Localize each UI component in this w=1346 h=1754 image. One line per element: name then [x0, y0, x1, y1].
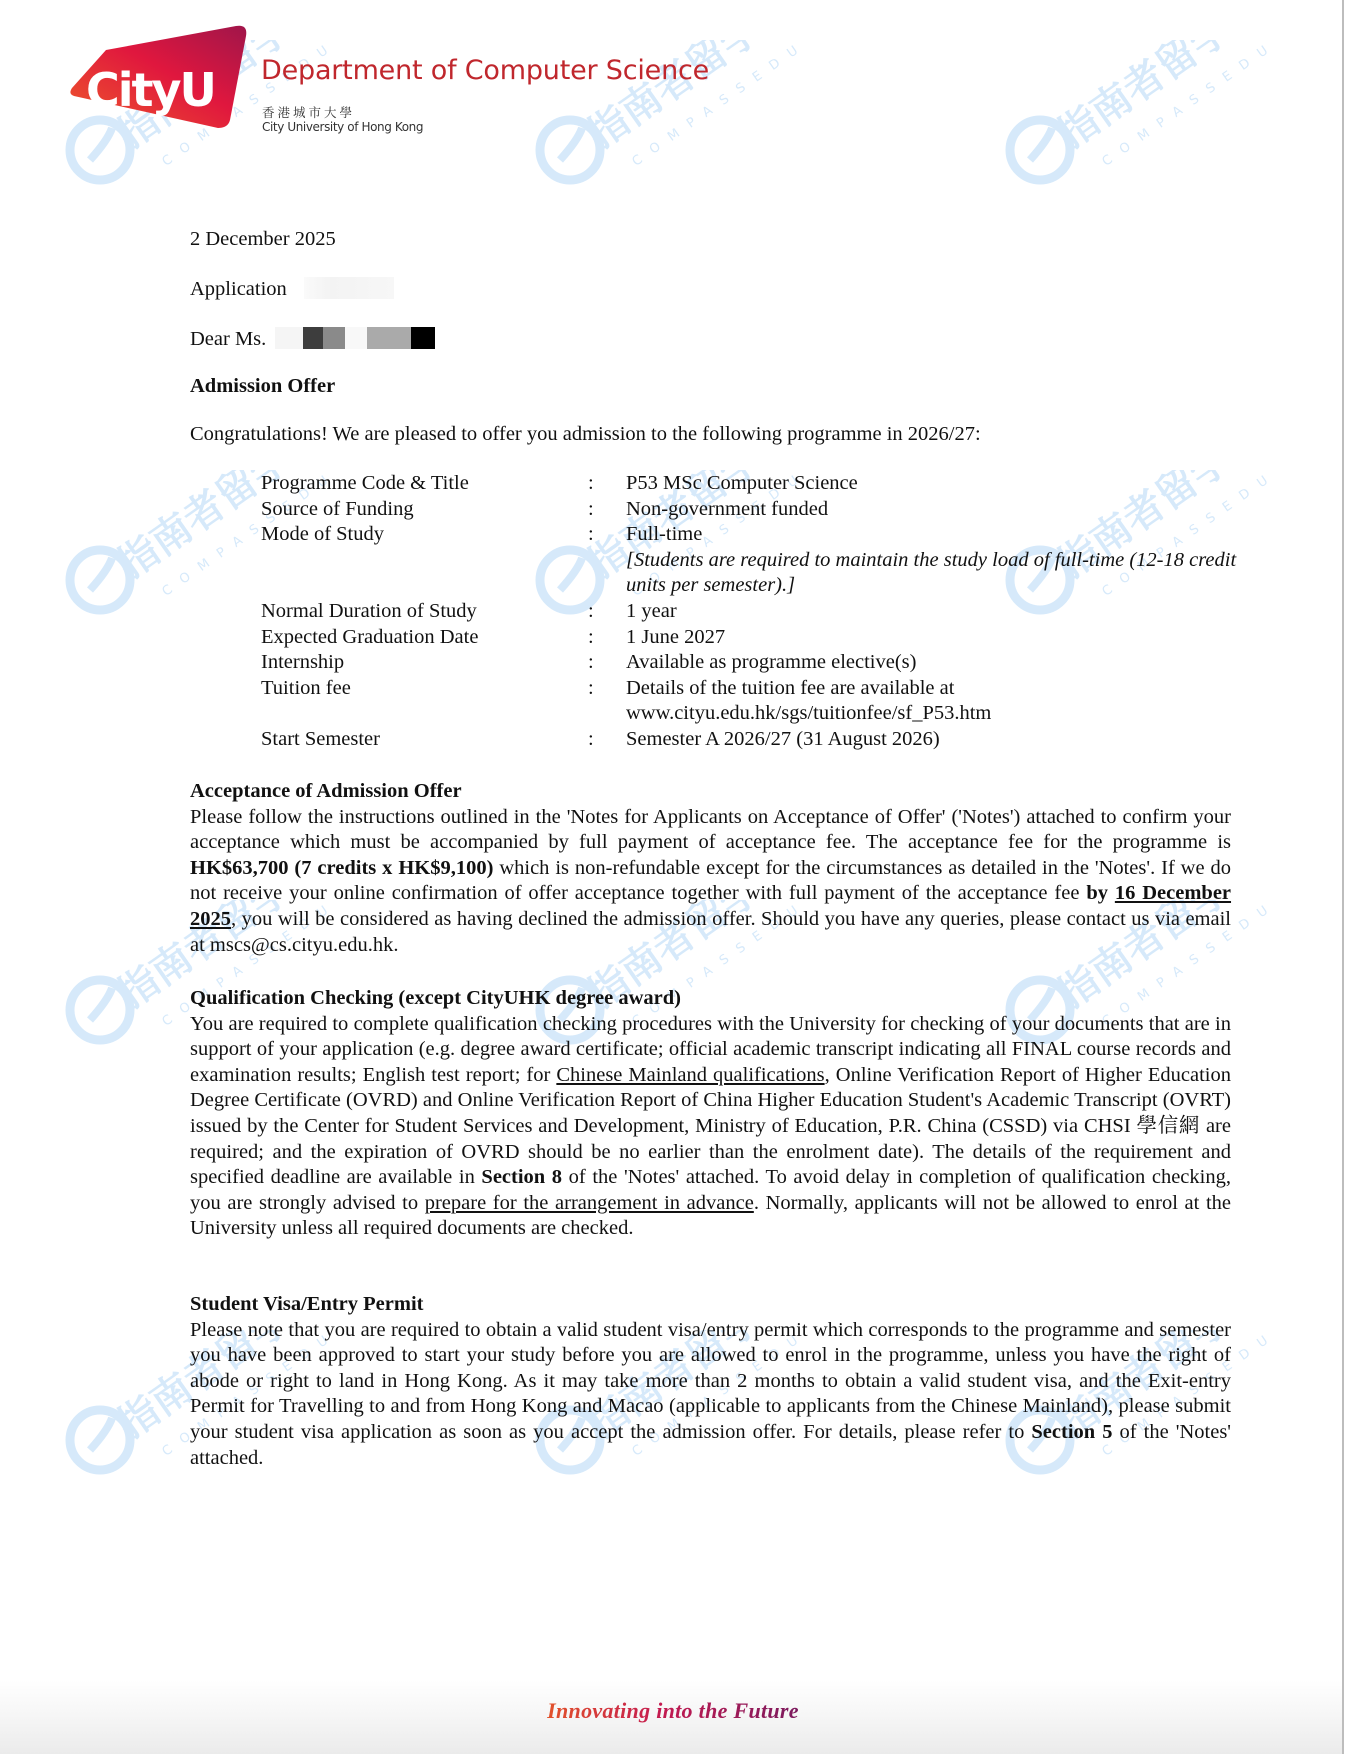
application-label: Application	[190, 278, 287, 300]
visa-section: Student Visa/Entry Permit Please note th…	[190, 1292, 1231, 1471]
programme-row: Internship : Available as programme elec…	[261, 650, 1256, 676]
salutation: Dear Ms.	[190, 328, 266, 350]
intro-text: Congratulations! We are pleased to offer…	[190, 423, 981, 446]
programme-row: Expected Graduation Date : 1 June 2027	[261, 625, 1256, 651]
letter-date: 2 December 2025	[190, 228, 336, 251]
svg-text:指南者留学: 指南者留学	[1049, 40, 1239, 158]
tuition-fee-link[interactable]: www.cityu.edu.hk/sgs/tuitionfee/sf_P53.h…	[626, 701, 1256, 727]
redacted-name	[275, 327, 435, 349]
chinese-mainland-qualifications-link: Chinese Mainland qualifications	[556, 1064, 824, 1086]
letter-page: 指南者留学COMPASSEDU指南者留学COMPASSEDU指南者留学COMPA…	[0, 0, 1344, 1754]
redacted-application-number	[304, 277, 394, 299]
department-title: Department of Computer Science	[261, 55, 709, 86]
salutation-line: Dear Ms.	[190, 327, 435, 351]
programme-details: Programme Code & Title : P53 MSc Compute…	[261, 471, 1256, 753]
programme-row: Source of Funding : Non-government funde…	[261, 497, 1256, 523]
cityu-logo: CityU	[66, 24, 252, 136]
university-name-zh: 香港城市大學	[262, 103, 355, 121]
footer-tagline: Innovating into the Future	[0, 1698, 1346, 1724]
study-load-note: [Students are required to maintain the s…	[626, 548, 1256, 599]
programme-row: Start Semester : Semester A 2026/27 (31 …	[261, 727, 1256, 753]
acceptance-heading: Acceptance of Admission Offer	[190, 779, 1231, 805]
programme-row: Tuition fee : Details of the tuition fee…	[261, 676, 1256, 727]
university-name-en: City University of Hong Kong	[262, 120, 423, 134]
svg-text:COMPASSEDU: COMPASSEDU	[1100, 40, 1281, 170]
acceptance-fee: HK$63,700 (7 credits x HK$9,100)	[190, 857, 493, 879]
svg-text:CityU: CityU	[86, 63, 215, 117]
qualification-section: Qualification Checking (except CityUHK d…	[190, 986, 1231, 1242]
watermark-icon: 指南者留学COMPASSEDU	[1000, 40, 1300, 190]
programme-row: Programme Code & Title : P53 MSc Compute…	[261, 471, 1256, 497]
programme-title: P53 MSc Computer Science	[626, 471, 1256, 497]
qualification-heading: Qualification Checking (except CityUHK d…	[190, 986, 1231, 1012]
acceptance-section: Acceptance of Admission Offer Please fol…	[190, 779, 1231, 958]
programme-row: Normal Duration of Study : 1 year	[261, 599, 1256, 625]
visa-heading: Student Visa/Entry Permit	[190, 1292, 1231, 1318]
programme-row: Mode of Study : Full-time [Students are …	[261, 522, 1256, 599]
subject-heading: Admission Offer	[190, 375, 335, 398]
application-line: Application	[190, 277, 394, 301]
prepare-in-advance-text: prepare for the arrangement in advance	[425, 1192, 754, 1214]
